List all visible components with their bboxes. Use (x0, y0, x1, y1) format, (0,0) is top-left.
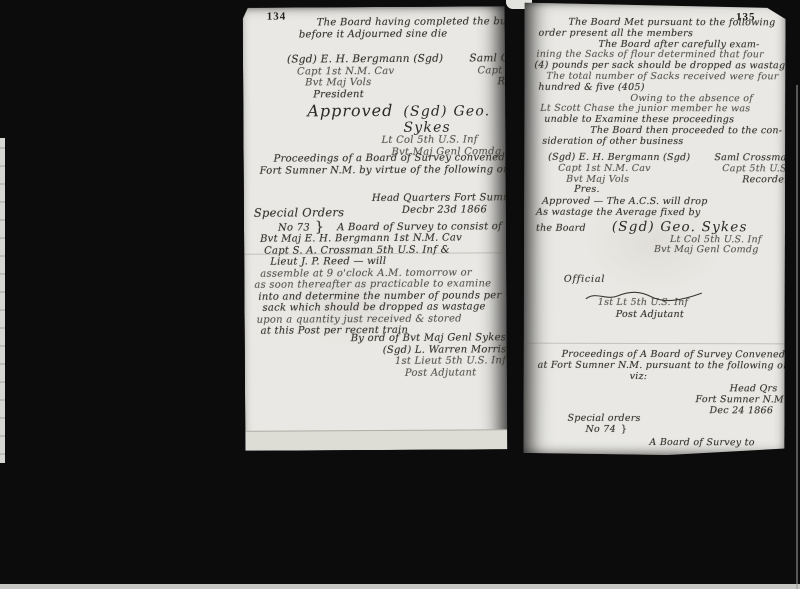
signature-name: (Sgd) E. H. Bergmann (Sgd) (287, 54, 443, 66)
approval-signature: (Sgd) Geo. Sykes (403, 103, 501, 136)
dateline: Head Qrs Fort Sumner N.M. Dec 24 1866 (534, 384, 781, 417)
manuscript-line: As wastage the Average fixed by (536, 207, 781, 218)
signature-role: Recorder (497, 76, 507, 88)
signature-rank: Capt 5th U.S. Inf (477, 64, 507, 76)
signature-name: (Sgd) L. Warren Morris (383, 344, 503, 356)
manuscript-line: Lt Scott Chase the junior member he was (540, 104, 781, 115)
signature-role: Recorder (742, 175, 785, 186)
special-order-label: Special Orders (254, 206, 502, 219)
manuscript-line: A Board of Survey to (649, 438, 780, 449)
official-block: Official 1st Lt 5th U.S. Inf Post Adjuta… (534, 275, 781, 332)
signature-name: Saml Crossman (469, 53, 507, 65)
signature-role: President (313, 88, 443, 100)
manuscript-line: sideration of other business (542, 136, 781, 147)
approval-block: Approved — The A.C.S. will drop As wasta… (534, 197, 781, 257)
closing-paragraph: The Board having completed the business … (253, 16, 501, 41)
page-crease (524, 343, 785, 345)
manuscript-line: ining the Sacks of flour determined that… (536, 50, 781, 61)
manuscript-line: upon a quantity just received & stored (257, 313, 503, 326)
approval-signature: (Sgd) Geo. Sykes (612, 218, 748, 234)
signature-title: Bvt Maj Genl Comdg (654, 245, 781, 256)
recorder-signature: Saml Crossman Capt 5th U.S. Inf Recorder (469, 53, 507, 100)
manuscript-line: The Board having completed the business (317, 16, 501, 29)
manuscript-line: viz: (630, 372, 781, 383)
order-closing-block: By ord of Bvt Maj Genl Sykes (Sgd) L. Wa… (255, 332, 503, 380)
approval-block: Approved (Sgd) Geo. Sykes Lt Col 5th U.S… (253, 100, 501, 159)
special-order-block: Special orders No 74 } A Board of Survey… (533, 414, 780, 449)
microfilm-scan: 134 The Board having completed the busin… (0, 0, 800, 589)
film-edge-right (796, 85, 798, 589)
film-edge-left (0, 138, 5, 463)
manuscript-line: A Board of Survey to consist of (337, 221, 502, 234)
signature-role: Post Adjutant (616, 310, 684, 321)
signature-rank: Lt Col 5th U.S. Inf (381, 134, 501, 146)
manuscript-line: The total number of Sacks received were … (546, 72, 781, 83)
special-order-block: Special Orders No 73 } A Board of Survey… (254, 206, 503, 337)
proceedings-heading: Proceedings of a Board of Survey convene… (254, 152, 502, 177)
approved-label: Approved (307, 101, 393, 121)
film-edge-bottom (0, 584, 800, 589)
ledger-page-right: 135 The Board Met pursuant to the follow… (523, 3, 785, 456)
signature-rank: 1st Lt 5th U.S. Inf (598, 298, 688, 309)
signature-rank: Bvt Maj Vols (566, 174, 690, 185)
manuscript-line: Fort Sumner N.M. by virtue of the follow… (260, 164, 502, 177)
signature-rank: 1st Lieut 5th U.S. Inf (395, 355, 503, 367)
signature-rank: Capt 1st N.M. Cav (297, 65, 443, 77)
proceedings-heading: Proceedings of A Board of Survey Convene… (534, 350, 781, 383)
board-minutes: The Board Met pursuant to the following … (534, 18, 781, 148)
manuscript-line: the Board (536, 223, 586, 234)
manuscript-line: at Fort Sumner N.M. pursuant to the foll… (538, 360, 781, 371)
ledger-page-left: 134 The Board having completed the busin… (243, 6, 508, 451)
headquarters-line: Head Quarters Fort Sumner N.M. (372, 192, 502, 204)
signature-block: (Sgd) E. H. Bergmann (Sgd) Capt 1st N.M.… (253, 53, 501, 101)
manuscript-line: as soon thereafter as practicable to exa… (254, 278, 502, 291)
recorder-signature: Saml Crossman Capt 5th U.S. Inf Recorder (714, 153, 785, 196)
signature-rank: Bvt Maj Vols (305, 77, 443, 89)
manuscript-line: before it Adjourned sine die (299, 28, 501, 41)
order-number: No 74 (585, 425, 615, 436)
signature-block: (Sgd) E. H. Bergmann (Sgd) Capt 1st N.M.… (534, 153, 781, 197)
order-number: No 73 (278, 222, 310, 234)
signature-rank: Capt 5th U.S. Inf (722, 164, 785, 175)
manuscript-line: By ord of Bvt Maj Genl Sykes (351, 332, 503, 344)
signature-role: Post Adjutant (405, 367, 503, 379)
president-signature: (Sgd) E. H. Bergmann (Sgd) Capt 1st N.M.… (287, 54, 444, 101)
president-signature: (Sgd) E. H. Bergmann (Sgd) Capt 1st N.M.… (548, 153, 690, 197)
under-page-edge (245, 429, 507, 451)
brace-glyph: } (621, 425, 627, 436)
signature-role: Pres. (574, 185, 690, 196)
brace-glyph: } (315, 222, 324, 234)
manuscript-line: Proceedings of a Board of Survey convene… (274, 152, 502, 165)
official-label: Official (564, 275, 781, 286)
